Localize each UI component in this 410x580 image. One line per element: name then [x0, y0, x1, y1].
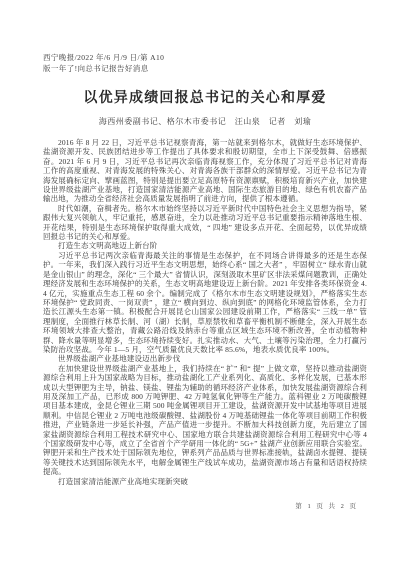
- section-heading-clean-energy: 打造国家清洁能源产业高地实现新突破: [43, 477, 367, 486]
- section-heading-ecology: 打造生态文明高地迈上新台阶: [43, 241, 367, 250]
- article-body: 2016 年 8 月 22 日，习近平总书记视察青海，第一站就来到格尔木，就做好…: [43, 138, 367, 486]
- section-heading-salt-lake: 世界级盐湖产业基地建设迈出新步伐: [43, 354, 367, 363]
- paragraph-overview: 时代如潮，奋楫者先。格尔木市始终坚持以习近平新时代中国特色社会主义思想为指导，紧…: [43, 204, 367, 242]
- header-source-line: 西宁晚报/2022 年/6 月/9 日/第 A10: [43, 52, 367, 63]
- header-topic-line: 版一年了!向总书记报告好消息: [43, 63, 367, 74]
- article-title: 以优异成绩回报总书记的关心和厚爱: [43, 87, 367, 107]
- document-header: 西宁晚报/2022 年/6 月/9 日/第 A10 版一年了!向总书记报告好消息: [43, 52, 367, 74]
- document-page: 西宁晚报/2022 年/6 月/9 日/第 A10 版一年了!向总书记报告好消息…: [0, 0, 410, 580]
- page-number-indicator: 第 1 页 共 2 页: [295, 501, 358, 510]
- paragraph-intro: 2016 年 8 月 22 日，习近平总书记视察青海，第一站就来到格尔木，就做好…: [43, 138, 367, 204]
- article-byline: 海西州委副书记、格尔木市委书记 汪山泉 记者 刘瑜: [43, 116, 367, 127]
- paragraph-salt-lake: 在加快建设世界级盐湖产业基地上，我们持续在“ 扩” 和“ 提” 上做文章，坚持以…: [43, 364, 367, 477]
- paragraph-ecology: 习近平总书记两次亲临青海最关注的事情是生态保护，在不同场合讲得最多的还是生态保护…: [43, 251, 367, 354]
